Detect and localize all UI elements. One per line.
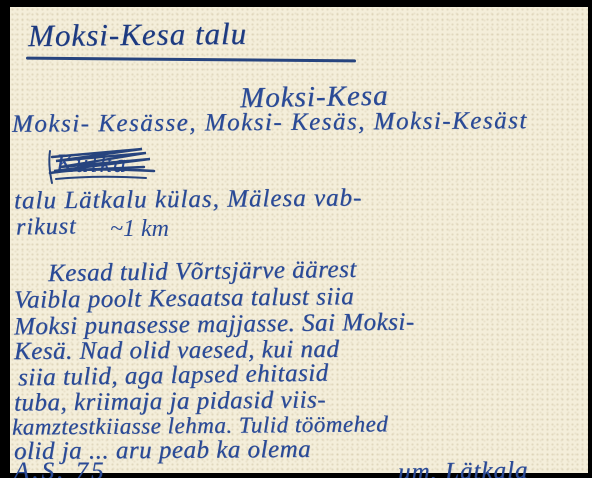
scribble-strikethrough [46, 143, 176, 185]
footnote-reference: um. Lätkala [398, 458, 529, 478]
crossed-out-word-block: Kulka [46, 143, 176, 185]
card-title: Moksi-Kesa talu [28, 18, 247, 51]
title-underline [26, 57, 356, 63]
body-line: Vaibla poolt Kesaatsa talust siia [14, 284, 354, 313]
index-card: Moksi-Kesa talu Moksi-Kesa Moksi- Kesäss… [10, 7, 588, 473]
location-line-2: rikust [16, 214, 77, 239]
distance-note: ~1 km [110, 216, 169, 243]
name-case-forms: Moksi- Kesässe, Moksi- Kesäs, Moksi-Kesä… [12, 108, 528, 137]
body-line: kamztestkiiasse lehma. Tulid töömehed [12, 412, 388, 438]
body-line: Moksi punasesse majjasse. Sai Moksi- [14, 310, 415, 340]
collector-signature: A.S. 75 [14, 459, 107, 478]
body-line: Kesad tulid Võrtsjärve äärest [48, 257, 357, 286]
location-line-1: talu Lätkalu külas, Mälesa vab- [14, 185, 363, 213]
scanned-card-frame: Moksi-Kesa talu Moksi-Kesa Moksi- Kesäss… [0, 0, 592, 478]
